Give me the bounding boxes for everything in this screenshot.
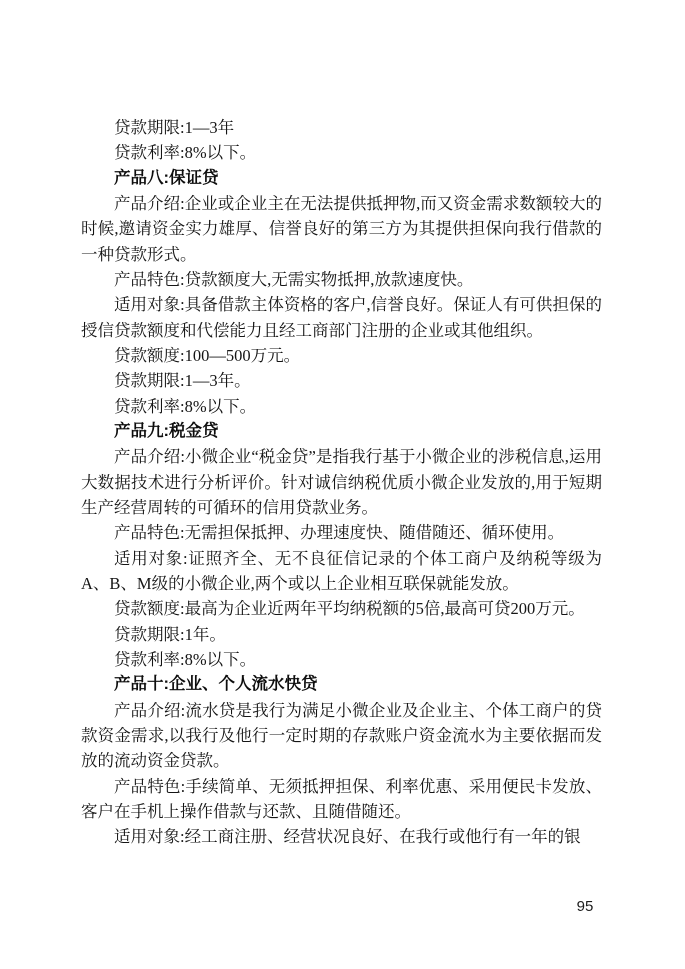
product-9-intro: 产品介绍:小微企业“税金贷”是指我行基于小微企业的涉税信息,运用大数据技术进行分… <box>81 444 602 520</box>
product-10-features: 产品特色:手续简单、无须抵押担保、利率优惠、采用便民卡发放、客户在手机上操作借款… <box>81 774 602 825</box>
product-10-intro: 产品介绍:流水贷是我行为满足小微企业及企业主、个体工商户的贷款资金需求,以我行及… <box>81 698 602 774</box>
document-page: 贷款期限:1—3年 贷款利率:8%以下。 产品八:保证贷 产品介绍:企业或企业主… <box>0 0 685 969</box>
product-9-heading: 产品九:税金贷 <box>81 419 602 444</box>
product-8-amount: 贷款额度:100—500万元。 <box>81 343 602 368</box>
product-9-amount: 贷款额度:最高为企业近两年平均纳税额的5倍,最高可贷200万元。 <box>81 596 602 621</box>
product-9-term: 贷款期限:1年。 <box>81 622 602 647</box>
loan-term-line: 贷款期限:1—3年 <box>81 115 602 140</box>
product-10-heading: 产品十:企业、个人流水快贷 <box>81 672 602 697</box>
product-8-intro: 产品介绍:企业或企业主在无法提供抵押物,而又资金需求数额较大的时候,邀请资金实力… <box>81 191 602 267</box>
product-10-audience: 适用对象:经工商注册、经营状况良好、在我行或他行有一年的银 <box>81 824 602 849</box>
page-number: 95 <box>563 898 607 915</box>
product-8-rate: 贷款利率:8%以下。 <box>81 394 602 419</box>
product-9-audience: 适用对象:证照齐全、无不良征信记录的个体工商户及纳税等级为A、B、M级的小微企业… <box>81 546 602 597</box>
product-8-features: 产品特色:贷款额度大,无需实物抵押,放款速度快。 <box>81 267 602 292</box>
product-8-audience: 适用对象:具备借款主体资格的客户,信誉良好。保证人有可供担保的授信贷款额度和代偿… <box>81 292 602 343</box>
product-8-term: 贷款期限:1—3年。 <box>81 368 602 393</box>
product-8-heading: 产品八:保证贷 <box>81 166 602 191</box>
page-content: 贷款期限:1—3年 贷款利率:8%以下。 产品八:保证贷 产品介绍:企业或企业主… <box>81 115 602 850</box>
product-9-features: 产品特色:无需担保抵押、办理速度快、随借随还、循环使用。 <box>81 520 602 545</box>
product-9-rate: 贷款利率:8%以下。 <box>81 647 602 672</box>
loan-rate-line: 贷款利率:8%以下。 <box>81 140 602 165</box>
